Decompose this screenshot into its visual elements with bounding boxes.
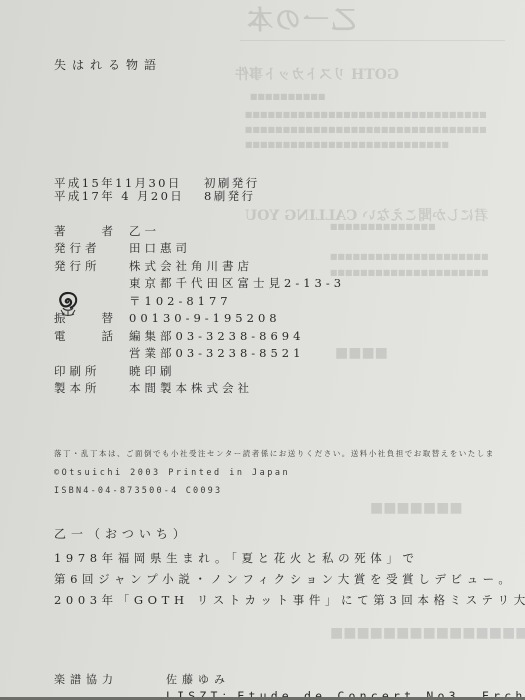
printer-label: 印刷所: [54, 363, 129, 379]
address-value: 東京都千代田区富士見2-13-3: [129, 275, 345, 291]
binder-row: 製本所 本間製本株式会社: [54, 380, 345, 398]
show-through-line: ■■■■■■■■■■■■■■■■■: [330, 625, 525, 641]
binder-label: 製本所: [54, 380, 129, 396]
author-bio-line: 2003年「GOTH リストカット事件」にて第3回本格ミステリ大賞を: [54, 590, 525, 611]
phone-editorial: 編集部03-3238-8694: [129, 328, 304, 344]
author-bio-line: 1978年福岡県生まれ。「夏と花火と私の死体」で: [54, 548, 525, 569]
isbn-line: ISBN4-04-873500-4 C0093: [54, 486, 222, 496]
transfer-row: 振 替 00130-9-195208: [54, 310, 345, 328]
label-char: 者: [102, 223, 118, 239]
label-char: 話: [102, 328, 118, 344]
author-label: 著 者: [54, 223, 129, 239]
author-bio: 1978年福岡県生まれ。「夏と花火と私の死体」で 第6回ジャンプ小説・ノンフィク…: [54, 548, 525, 611]
show-through-heading: 乙一の本: [245, 0, 357, 37]
author-bio-name: 乙一（おついち）: [54, 525, 190, 542]
colophon-table: 著 者 乙一 発行者 田口惠司 発行所 株式会社角川書店 東京都千代田区富士見2…: [54, 222, 345, 397]
publisher-person-label: 発行者: [54, 240, 129, 256]
publisher-row: 発行所 株式会社角川書店: [54, 257, 345, 275]
author-value: 乙一: [129, 223, 160, 239]
book-title: 失はれる物語: [54, 56, 162, 73]
show-through-line: ■■■■■■■■■■■■■■: [330, 222, 436, 231]
show-through-line: ■■■■■■■■■■■■■■■■■■■■■■■■■■■■■■■■: [245, 110, 487, 119]
phone-sales: 営業部03-3238-8521: [129, 345, 304, 361]
publisher-label: 発行所: [54, 258, 129, 274]
show-through-subheading-1: GOTH リストカット事件: [235, 64, 399, 84]
label-char: 著: [54, 223, 70, 239]
print-edition: 8刷発行: [204, 190, 255, 203]
copyright-line: ©Otsuichi 2003 Printed in Japan: [54, 468, 290, 478]
print-history: 平成15年11月30日 初刷発行 平成17年 4 月20日 8刷発行: [54, 177, 260, 203]
show-through-line: ■■■■■■■■■■: [250, 92, 326, 101]
publisher-person-value: 田口惠司: [129, 240, 191, 256]
show-through-line: ■■■■■■■■■■■■■■■■■■■■■■■■■■■: [245, 140, 449, 149]
show-through-line: ■■■■■■■■■■■■■■■■■■■■■: [330, 252, 489, 261]
phoenix-logo-icon: [57, 291, 79, 317]
phone-label: 電 話: [54, 328, 129, 344]
label-char: 電: [54, 328, 70, 344]
postal-row: 〒102-8177: [54, 292, 345, 310]
phone-row: 電 話 編集部03-3238-8694: [54, 327, 345, 345]
show-through-line: ■■■■■■■■■■■■■■■■■■■■■■■■■■■■■■■■: [245, 125, 487, 134]
print-history-row: 平成17年 4 月20日 8刷発行: [54, 190, 260, 203]
colophon-page: 乙一の本 GOTH リストカット事件 ■■■■■■■■■■ ■■■■■■■■■■…: [0, 0, 525, 700]
show-through-line: ■■■■■■■■■■■■■■■■■■■■■: [330, 268, 489, 277]
music-credit-value: 佐藤ゆみ: [166, 671, 230, 687]
author-bio-line: 第6回ジャンプ小説・ノンフィクション大賞を受賞しデビュー。: [54, 569, 525, 590]
transfer-value: 00130-9-195208: [129, 311, 281, 325]
exchange-notice: 落丁・乱丁本は、ご面倒でも小社受注センター読者係にお送りください。送料小社負担で…: [54, 448, 495, 459]
author-row: 著 者 乙一: [54, 222, 345, 240]
publisher-person-row: 発行者 田口惠司: [54, 240, 345, 258]
music-credit-label: 楽譜協力: [54, 671, 118, 687]
binder-value: 本間製本株式会社: [129, 380, 253, 396]
show-through-rule: [240, 40, 505, 41]
publisher-value: 株式会社角川書店: [129, 258, 253, 274]
address-row: 東京都千代田区富士見2-13-3: [54, 275, 345, 293]
phone-row-sales: 営業部03-3238-8521: [54, 345, 345, 363]
printer-value: 暁印刷: [129, 363, 176, 379]
postal-code: 〒102-8177: [129, 293, 232, 309]
printer-row: 印刷所 暁印刷: [54, 362, 345, 380]
show-through-line: ■■■■■■■: [370, 500, 463, 516]
print-date: 平成17年 4 月20日: [54, 190, 204, 203]
label-char: 替: [102, 310, 118, 326]
